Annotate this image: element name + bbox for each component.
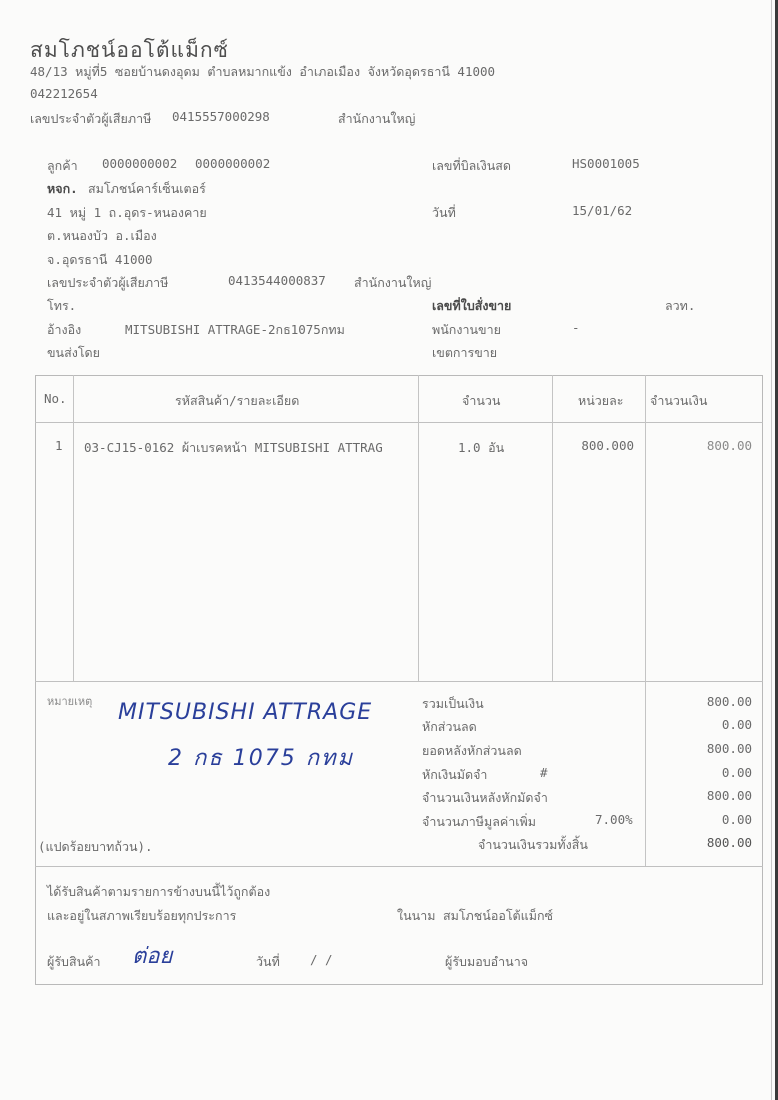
authorized-label: ผู้รับมอบอำนาจ bbox=[445, 952, 528, 972]
customer-code-2: 0000000002 bbox=[195, 156, 270, 171]
bill-no: HS0001005 bbox=[572, 156, 640, 171]
customer-tax-id: 0413544000837 bbox=[228, 273, 326, 288]
company-tax-id: 0415557000298 bbox=[172, 109, 270, 124]
col-divider-qty bbox=[552, 375, 553, 681]
remarks-handwritten-line1: MITSUBISHI ATTRAGE bbox=[118, 700, 372, 725]
subtotal-label: รวมเป็นเงิน bbox=[422, 694, 484, 714]
table-header-divider bbox=[35, 422, 763, 423]
order-no-label: เลขที่ใบสั่งขาย bbox=[432, 296, 511, 316]
company-branch: สำนักงานใหญ่ bbox=[338, 109, 415, 129]
discount: 0.00 bbox=[660, 717, 752, 732]
grand-total: 800.00 bbox=[660, 835, 752, 850]
deposit: 0.00 bbox=[660, 765, 752, 780]
grand-total-label: จำนวนเงินรวมทั้งสิ้น bbox=[478, 835, 588, 855]
customer-code-1: 0000000002 bbox=[102, 156, 177, 171]
vat: 0.00 bbox=[660, 812, 752, 827]
customer-phone-label: โทร. bbox=[47, 296, 76, 316]
row-no: 1 bbox=[55, 438, 63, 453]
sales-area-label: เขตการขาย bbox=[432, 343, 497, 363]
receive-date-label: วันที่ bbox=[256, 952, 280, 972]
discount-label: หักส่วนลด bbox=[422, 717, 477, 737]
row-quantity: 1.0 อัน bbox=[458, 438, 504, 458]
salesperson: - bbox=[572, 320, 580, 335]
header-quantity: จำนวน bbox=[462, 391, 500, 411]
customer-label: ลูกค้า bbox=[47, 156, 78, 176]
remarks-handwritten-line2: 2 กธ 1075 กทม bbox=[168, 740, 354, 775]
col-divider-desc bbox=[418, 375, 419, 681]
header-unit-price: หน่วยละ bbox=[578, 391, 624, 411]
header-no: No. bbox=[44, 391, 67, 406]
header-amount: จำนวนเงิน bbox=[650, 391, 707, 411]
on-behalf-of: ในนาม สมโภชน์ออโต้แม็กซ์ bbox=[397, 906, 553, 926]
after-deposit: 800.00 bbox=[660, 788, 752, 803]
invoice-date: 15/01/62 bbox=[572, 203, 632, 218]
reference-label: อ้างอิง bbox=[47, 320, 81, 340]
company-address: 48/13 หมู่ที่5 ซอยบ้านดงอุดม ตำบลหมากแข้… bbox=[30, 62, 495, 82]
customer-tax-id-label: เลขประจำตัวผู้เสียภาษี bbox=[47, 273, 168, 293]
col-divider-price bbox=[645, 375, 646, 866]
customer-address-line3: จ.อุดรธานี 41000 bbox=[47, 250, 153, 270]
reference-value: MITSUBISHI ATTRAGE-2กธ1075กทม bbox=[125, 320, 345, 340]
row-description: 03-CJ15-0162 ผ้าเบรคหน้า MITSUBISHI ATTR… bbox=[84, 438, 383, 458]
after-deposit-label: จำนวนเงินหลังหักมัดจำ bbox=[422, 788, 548, 808]
receiver-label: ผู้รับสินค้า bbox=[47, 952, 101, 972]
customer-address-line1: 41 หมู่ 1 ถ.อุดร-หนองคาย bbox=[47, 203, 207, 223]
date-label: วันที่ bbox=[432, 203, 456, 223]
customer-address-line2: ต.หนองบัว อ.เมือง bbox=[47, 226, 157, 246]
received-line1: ได้รับสินค้าตามรายการข้างบนนี้ไว้ถูกต้อง bbox=[47, 882, 270, 902]
receiver-signature: ต่อย bbox=[132, 938, 172, 973]
subtotal: 800.00 bbox=[660, 694, 752, 709]
amount-in-words: (แปดร้อยบาทถ้วน). bbox=[38, 837, 153, 857]
vat-label: จำนวนภาษีมูลค่าเพิ่ม bbox=[422, 812, 536, 832]
vat-rate: 7.00% bbox=[595, 812, 633, 827]
received-line2: และอยู่ในสภาพเรียบร้อยทุกประการ bbox=[47, 906, 236, 926]
shipping-label: ขนส่งโดย bbox=[47, 343, 100, 363]
row-unit-price: 800.000 bbox=[560, 438, 634, 453]
company-tax-id-label: เลขประจำตัวผู้เสียภาษี bbox=[30, 109, 151, 129]
customer-name-prefix: หจก. bbox=[47, 179, 78, 199]
customer-branch: สำนักงานใหญ่ bbox=[354, 273, 431, 293]
header-description: รหัสสินค้า/รายละเอียด bbox=[175, 391, 299, 411]
table-body-divider bbox=[35, 681, 763, 682]
receive-date: / / bbox=[310, 952, 333, 967]
page-edge-shadow bbox=[771, 0, 772, 1100]
company-phone: 042212654 bbox=[30, 86, 98, 101]
credit-label: ลวท. bbox=[665, 296, 695, 316]
summary-divider bbox=[35, 866, 763, 867]
col-divider-no bbox=[73, 375, 74, 681]
row-amount: 800.00 bbox=[660, 438, 752, 453]
salesperson-label: พนักงานขาย bbox=[432, 320, 501, 340]
after-discount: 800.00 bbox=[660, 741, 752, 756]
customer-name: สมโภชน์คาร์เซ็นเตอร์ bbox=[88, 179, 206, 199]
bill-no-label: เลขที่บิลเงินสด bbox=[432, 156, 511, 176]
after-discount-label: ยอดหลังหักส่วนลด bbox=[422, 741, 522, 761]
remarks-label: หมายเหตุ bbox=[47, 692, 92, 710]
deposit-mark: # bbox=[540, 765, 548, 780]
deposit-label: หักเงินมัดจำ bbox=[422, 765, 487, 785]
